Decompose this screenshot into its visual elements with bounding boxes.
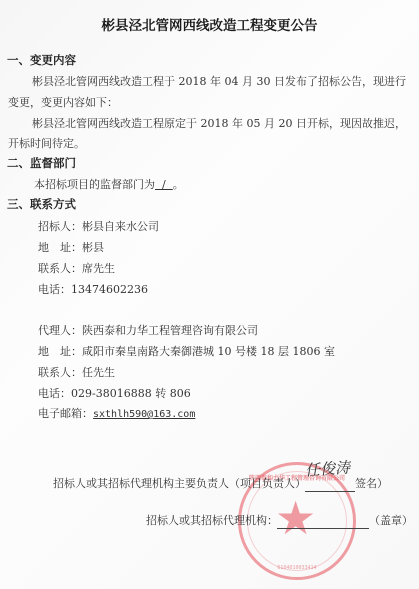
tenderer-name-value: 彬县自来水公司	[82, 220, 159, 233]
agent-contact-value: 任先生	[82, 366, 115, 379]
supervision-line: 本招标项目的监督部门为 / 。	[34, 178, 184, 191]
tenderer-contact: 联系人：席先生	[38, 262, 115, 275]
agent-email: 电子邮箱：sxthlh590@163.com	[38, 407, 195, 421]
tenderer-contact-value: 席先生	[82, 262, 115, 275]
changes-paragraph-line-4: 开标时间待定。	[8, 137, 85, 150]
tenderer-phone-label: 电话：	[38, 283, 71, 296]
agent-phone-value: 029-38016888 转 806	[71, 387, 191, 400]
signature-underline	[305, 491, 355, 492]
signature-line-label: 招标人或其招标代理机构主要负责人（项目负责人）	[53, 477, 306, 490]
changes-paragraph-line-1: 彬县泾北管网西线改造工程于 2018 年 04 月 30 日发布了招标公告，现进…	[32, 75, 406, 88]
agent-contact: 联系人：任先生	[38, 366, 115, 379]
agent-name-value: 陕西泰和力华工程管理咨询有限公司	[82, 324, 258, 337]
document-page: 彬县泾北管网西线改造工程变更公告 一、变更内容 彬县泾北管网西线改造工程于 20…	[0, 0, 419, 589]
agent-contact-label: 联系人：	[38, 366, 82, 379]
tenderer-phone: 电话：13474602236	[38, 283, 148, 296]
tenderer-contact-label: 联系人：	[38, 262, 82, 275]
seal-star-icon: ★	[275, 495, 316, 541]
changes-paragraph-line-2: 变更，变更内容如下：	[8, 96, 118, 109]
tenderer-address-value: 彬县	[82, 241, 104, 254]
supervision-suffix: 。	[173, 178, 184, 191]
agent-address: 地 址：咸阳市秦皇南路大秦御港城 10 号楼 18 层 1806 室	[38, 345, 335, 358]
document-title: 彬县泾北管网西线改造工程变更公告	[0, 20, 419, 33]
handwritten-signature: 任俊涛	[304, 456, 350, 480]
agent-phone: 电话：029-38016888 转 806	[38, 387, 191, 400]
agent-name-label: 代理人：	[38, 324, 82, 337]
signature-suffix: 签名）	[355, 477, 388, 490]
tenderer-address: 地 址：彬县	[38, 241, 104, 254]
section-heading-changes: 一、变更内容	[7, 54, 76, 67]
seal-line-label: 招标人或其招标代理机构：	[146, 514, 278, 527]
supervision-text: 本招标项目的监督部门为	[34, 178, 155, 191]
agent-email-label: 电子邮箱：	[38, 407, 93, 420]
agent-address-label: 地 址：	[38, 345, 82, 358]
section-heading-contact: 三、联系方式	[7, 198, 76, 211]
section-heading-supervision: 二、监督部门	[7, 157, 76, 170]
tenderer-name-label: 招标人：	[38, 220, 82, 233]
tenderer-phone-value: 13474602236	[71, 283, 148, 296]
seal-code: 6104010033414	[241, 565, 353, 571]
seal-underline	[277, 528, 369, 529]
supervision-value: /	[155, 178, 173, 191]
tenderer-name: 招标人：彬县自来水公司	[38, 220, 159, 233]
agent-email-link[interactable]: sxthlh590@163.com	[93, 409, 195, 420]
changes-paragraph-line-3: 彬县泾北管网西线改造工程原定于 2018 年 05 月 20 日开标，现因故推迟…	[32, 117, 406, 130]
agent-name: 代理人：陕西泰和力华工程管理咨询有限公司	[38, 324, 258, 337]
agent-address-value: 咸阳市秦皇南路大秦御港城 10 号楼 18 层 1806 室	[82, 345, 335, 358]
seal-suffix: （盖章）	[369, 514, 413, 527]
tenderer-address-label: 地 址：	[38, 241, 82, 254]
agent-phone-label: 电话：	[38, 387, 71, 400]
